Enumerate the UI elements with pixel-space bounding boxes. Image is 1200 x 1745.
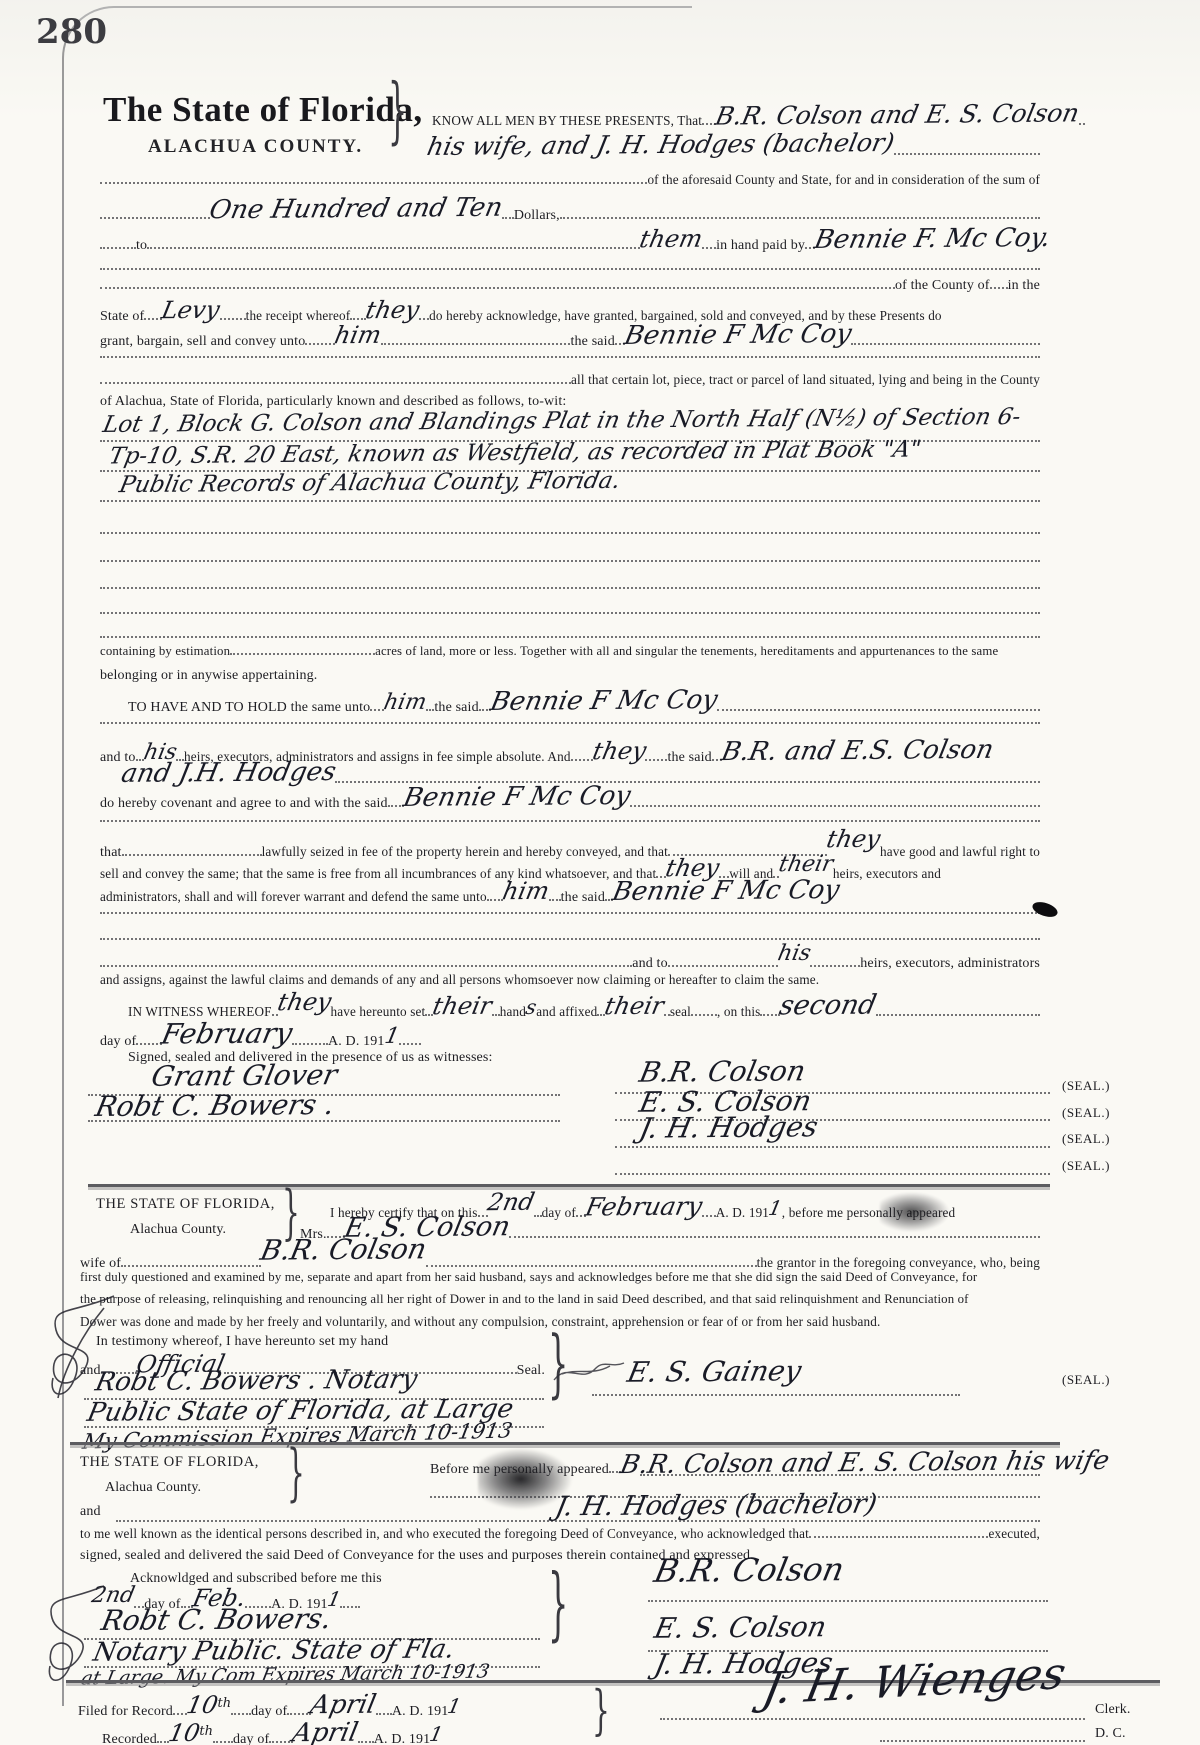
clerk-label: Clerk.: [1095, 1702, 1131, 1718]
they-handwritten: they: [825, 827, 883, 851]
signature-line: [615, 1146, 1050, 1148]
seal-label: (SEAL.): [1062, 1158, 1110, 1174]
recorded-label: Recorded: [102, 1732, 157, 1745]
signature-line: [648, 1600, 1048, 1602]
record-brace: }: [592, 1679, 610, 1742]
acknowledged-text: Acknowldged and subscribed before me thi…: [130, 1570, 382, 1586]
blank-line: [122, 846, 262, 856]
and-label: and: [80, 1504, 101, 1520]
appeared-handwritten-2: J. H. Hodges (bachelor): [553, 1491, 879, 1521]
dower-state-heading: THE STATE OF FLORIDA,: [96, 1196, 275, 1213]
blank-line: [492, 1006, 500, 1016]
blank-line: [231, 1705, 251, 1715]
ack-signature-1: B.R. Colson: [652, 1553, 847, 1587]
blank-line: [147, 239, 640, 249]
signature-line: [592, 1394, 960, 1396]
warrant-defend-text: administrators, shall and will forever w…: [100, 889, 487, 905]
all-that-text: all that certain lot, piece, tract or pa…: [571, 372, 1040, 388]
him-handwritten: him: [500, 879, 551, 903]
husband-name-handwritten: B.R. Colson: [258, 1235, 429, 1264]
witness-line: [88, 1120, 560, 1122]
seal-word-label: seal: [670, 1004, 691, 1020]
sum-handwritten: One Hundred and Ten: [207, 195, 505, 224]
acres-text: acres of land, more or less. Together wi…: [375, 644, 998, 659]
paid-by-text: in hand paid by: [716, 238, 805, 254]
blank-line: [340, 1598, 360, 1608]
flourish-mark: [552, 1358, 626, 1386]
receipt-text: the receipt whereof: [246, 308, 351, 324]
affixed-label: and affixed: [536, 1004, 597, 1020]
clerk-line: [660, 1718, 1085, 1720]
description-line: [100, 500, 1040, 502]
seal-label: (SEAL.): [1062, 1372, 1110, 1388]
recorded-day-handwritten: 10: [166, 1721, 201, 1745]
blank-line: [1079, 115, 1085, 125]
ad-label: A. D. 191: [328, 1034, 385, 1050]
blank-line: [220, 310, 246, 320]
blank-line: [269, 1733, 293, 1743]
masthead-brace: }: [388, 70, 407, 154]
ack-notary-brace: }: [548, 1556, 568, 1651]
blank-line: [717, 701, 1040, 711]
convey-unto-text: grant, bargain, sell and convey unto: [100, 334, 305, 350]
blank-line: [691, 1006, 717, 1016]
ad-label: A. D. 191: [392, 1704, 449, 1720]
margin-scribble: [44, 1288, 122, 1406]
grantors-handwritten: B.R. and E.S. Colson: [719, 737, 996, 765]
ack-brace: }: [287, 1436, 305, 1509]
blank-line: [809, 1528, 989, 1538]
know-all-men-text: KNOW ALL MEN BY THESE PRESENTS, That: [432, 113, 702, 129]
him-handwritten: him: [382, 692, 429, 714]
blank-line: [100, 374, 571, 384]
the-said-label: the said: [570, 334, 614, 350]
hand-label: hand: [500, 1004, 526, 1020]
blank-line: [287, 1705, 311, 1715]
them-handwritten: them: [637, 227, 704, 252]
blank-line: [702, 239, 716, 249]
description-handwritten-2: Tp-10, S.R. 20 East, known as Westfield,…: [107, 438, 923, 468]
blank-line: [100, 560, 1040, 562]
notary-name-handwritten: Robt C. Bowers . Notary: [93, 1367, 419, 1396]
day-of-label: day of: [251, 1704, 287, 1720]
blank-line: [100, 532, 1040, 534]
ink-blot: [1031, 899, 1060, 919]
blank-line: [213, 1733, 233, 1743]
aforesaid-text: of the aforesaid County and State, for a…: [647, 172, 1040, 188]
blank-line: [100, 174, 647, 184]
state-of-label: State of: [100, 309, 144, 325]
blank-line: [381, 335, 570, 345]
well-known-text: to me well known as the identical person…: [80, 1526, 809, 1542]
grantee-handwritten: Bennie F Mc Coy: [622, 321, 854, 349]
ack-county-heading: Alachua County.: [105, 1480, 201, 1496]
blank-line: [100, 636, 1040, 638]
their-handwritten: their: [431, 994, 494, 1019]
acres-blank: [230, 645, 375, 655]
page-number: 280: [36, 12, 107, 52]
to-label: to: [136, 238, 147, 254]
clerk-signature: J. H. Wienges: [759, 1652, 1069, 1712]
blank-line: [100, 268, 1040, 270]
notary-signature: E. S. Gainey: [625, 1357, 804, 1387]
seal-label: (SEAL.): [1062, 1105, 1110, 1121]
blank-line: [876, 1006, 1040, 1016]
seal-word-label: Seal.: [517, 1363, 545, 1379]
ordinal-suffix: th: [217, 1696, 231, 1711]
grantors-handwritten-2: his wife, and J. H. Hodges (bachelor): [425, 130, 897, 159]
blank-line: [136, 1035, 162, 1045]
dower-paragraph-3: Dower was done and made by her freely an…: [80, 1314, 880, 1330]
grantors-handwritten-2: and J.H. Hodges: [119, 759, 338, 787]
blank-line: [630, 797, 1040, 807]
blank-line: [426, 701, 434, 711]
blank-line: [100, 239, 136, 249]
grantee-handwritten: Bennie F Mc Coy: [401, 783, 633, 811]
blank-line: [810, 957, 860, 967]
they-handwritten: they: [275, 990, 333, 1014]
containing-label: containing by estimation: [100, 644, 230, 659]
signature-line: [615, 1173, 1050, 1175]
blank-line: [640, 1474, 1040, 1476]
blank-line: [100, 938, 1040, 940]
payer-handwritten: Bennie F. Mc Coy.: [812, 225, 1053, 253]
year-handwritten: 1: [428, 1724, 445, 1744]
grantors-handwritten-1: B.R. Colson and E. S. Colson: [713, 100, 1081, 128]
ordinal-suffix: th: [199, 1724, 213, 1739]
state-handwritten: Levy: [160, 298, 222, 322]
filed-for-record-label: Filed for Record: [78, 1704, 173, 1720]
on-this-label: , on this: [717, 1004, 760, 1020]
blank-line: [376, 1705, 392, 1715]
day-of-label: day of: [100, 1034, 136, 1050]
blank-line: [851, 335, 1040, 345]
blank-line: [292, 1035, 328, 1045]
blank-line: [100, 587, 1040, 589]
grantor-foregoing-text: the grantor in the foregoing conveyance,…: [757, 1255, 1040, 1271]
of-county-text: of the County of: [895, 278, 990, 294]
description-handwritten-3: Public Records of Alachua County, Florid…: [117, 470, 622, 497]
him-handwritten: him: [333, 323, 384, 347]
document-county: ALACHUA COUNTY.: [148, 136, 363, 158]
document-title: The State of Florida,: [103, 90, 423, 130]
blank-line: [668, 957, 778, 967]
section-divider: [88, 1184, 1050, 1187]
dc-label: D. C.: [1095, 1726, 1126, 1742]
testimony-text: In testimony whereof, I have hereunto se…: [96, 1334, 388, 1350]
ack-signature-2: E. S. Colson: [652, 1613, 829, 1642]
blank-line: [100, 820, 1040, 822]
they-handwritten: they: [364, 298, 422, 322]
seal-label: (SEAL.): [1062, 1131, 1110, 1147]
belonging-text: belonging or in anywise appertaining.: [100, 668, 317, 684]
to-have-and-hold-text: TO HAVE AND TO HOLD the same unto: [128, 700, 370, 716]
blank-line: [502, 209, 514, 219]
blank-line: [571, 751, 593, 761]
recorded-month-handwritten: April: [291, 1720, 361, 1745]
dc-line: [880, 1740, 1085, 1742]
blank-line: [305, 335, 335, 345]
their-handwritten: their: [777, 854, 835, 876]
heirs-administrators-text: heirs, executors, administrators: [860, 956, 1040, 972]
they-handwritten: they: [590, 739, 648, 763]
dower-paragraph-1: first duly questioned and examined by me…: [80, 1270, 977, 1285]
blank-line: [990, 279, 1008, 289]
blank-line: [100, 957, 632, 967]
signed-sealed-text: signed, sealed and delivered the said De…: [80, 1548, 754, 1564]
ad-label: A. D. 191: [374, 1732, 431, 1745]
seal-label: (SEAL.): [1062, 1078, 1110, 1094]
deed-record-page: { "page_number": "280", "glyphs": { "bra…: [0, 0, 1200, 1745]
ack-notary-commission-handwritten: at Large. My Com Expires March 10-1913: [79, 1662, 491, 1688]
blank-line: [121, 1257, 261, 1267]
ack-notary-name-handwritten: Robt C. Bowers.: [99, 1605, 334, 1635]
ack-state-heading: THE STATE OF FLORIDA,: [80, 1454, 259, 1471]
witness-signature-1: Grant Glover: [149, 1061, 340, 1091]
dollars-label: Dollars,: [514, 208, 560, 224]
blank-line: [100, 209, 210, 219]
blank-line: [560, 209, 1040, 219]
their-handwritten-2: their: [603, 994, 666, 1019]
month-handwritten: February: [159, 1019, 295, 1048]
blank-line: [100, 722, 1040, 724]
executed-label: executed,: [988, 1526, 1040, 1542]
blank-line: [894, 145, 1040, 155]
blank-line: [100, 356, 1040, 358]
dower-county-heading: Alachua County.: [130, 1222, 226, 1238]
grantee-handwritten: Bennie F Mc Coy: [488, 687, 720, 715]
filed-day-handwritten: 10: [184, 1693, 219, 1717]
blank-line: [509, 1228, 1040, 1238]
margin-scribble: [42, 1580, 112, 1690]
blank-line: [426, 1257, 757, 1267]
covenant-text: do hereby covenant and agree to and with…: [100, 796, 388, 812]
grantee-handwritten: Bennie F Mc Coy: [610, 877, 842, 905]
blank-line: [399, 1035, 421, 1045]
description-handwritten-1: Lot 1, Block G. Colson and Blandings Pla…: [101, 406, 1023, 437]
blank-line: [100, 279, 895, 289]
day-of-label: day of: [233, 1732, 269, 1745]
day-handwritten: second: [778, 992, 880, 1020]
year-handwritten: 1: [446, 1696, 463, 1716]
grantor-signature-3: J. H. Hodges: [637, 1113, 820, 1143]
the-said-label: the said: [561, 890, 605, 906]
blank-line: [100, 612, 1040, 614]
blank-line: [419, 310, 429, 320]
blank-line: [335, 773, 1040, 783]
grantor-signature-1: B.R. Colson: [637, 1057, 808, 1086]
blank-line: [549, 891, 561, 901]
and-to-label: and to: [632, 956, 668, 972]
filed-month-handwritten: April: [309, 1692, 379, 1719]
hereunto-set-text: have hereunto set: [330, 1004, 425, 1020]
his-handwritten: his: [775, 943, 812, 965]
claims-text: and assigns, against the lawful claims a…: [100, 972, 819, 988]
blank-line: [358, 1733, 374, 1743]
blank-line: [645, 751, 667, 761]
witness-signature-2: Robt C. Bowers .: [93, 1091, 337, 1121]
dower-paragraph-2: the purpose of releasing, relinquishing …: [80, 1292, 969, 1307]
blank-line: [100, 912, 1040, 914]
the-said-label: the said: [434, 700, 478, 716]
in-the-text: in the: [1008, 278, 1040, 294]
section-divider: [70, 1442, 1060, 1445]
